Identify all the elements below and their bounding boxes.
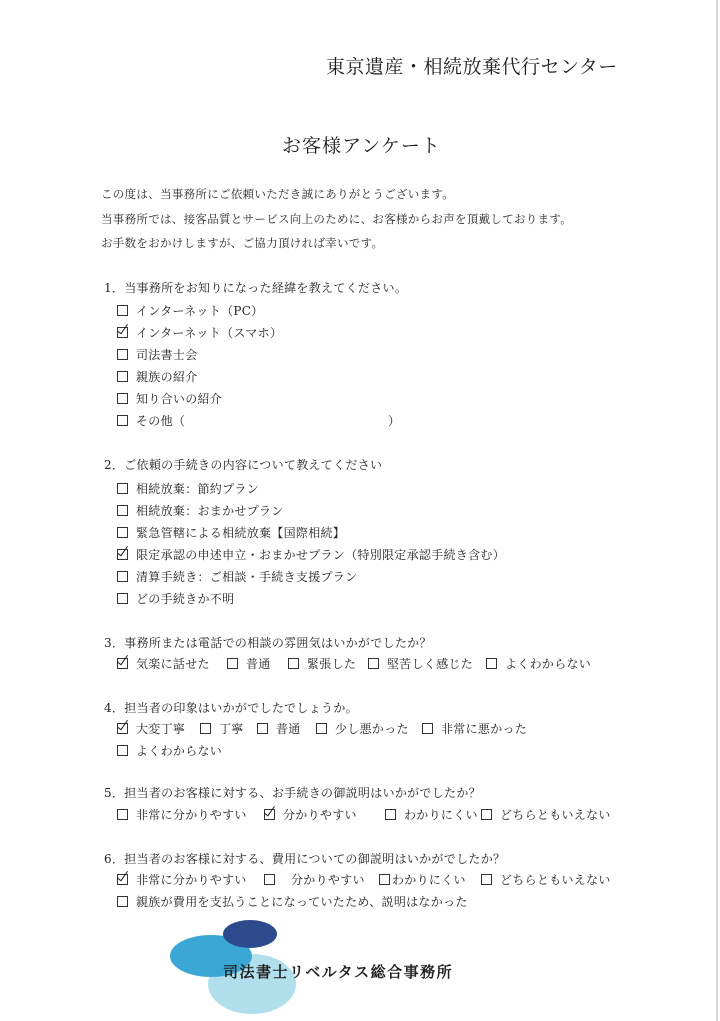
firm-logo-icon	[0, 0, 720, 1021]
firm-name: 司法書士リベルタス総合事務所	[223, 961, 453, 982]
scanned-survey-page: 東京遺産・相続放棄代行センター お客様アンケート この度は、当事務所にご依頼いた…	[0, 0, 720, 1021]
